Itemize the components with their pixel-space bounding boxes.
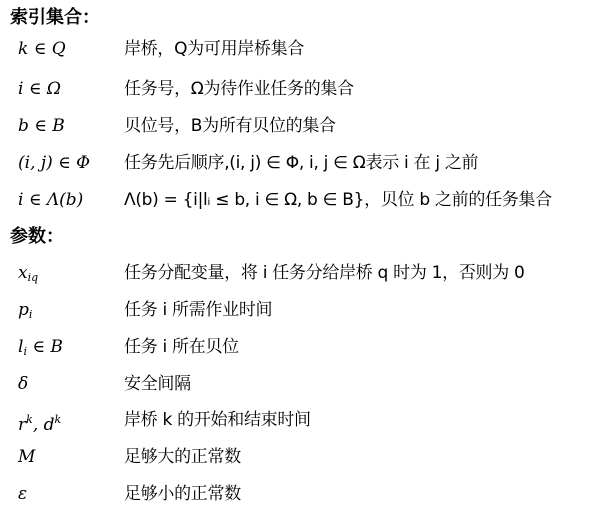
definition-row-ij: (i, j) ∈ Φ 任务先后顺序,(i, j) ∈ Φ, i, j ∈ Ω表示…: [0, 148, 600, 178]
symbol: δ: [18, 369, 28, 399]
symbol: li ∈ B: [18, 332, 63, 367]
symbol: pi: [18, 295, 32, 330]
symbol: M: [18, 442, 35, 472]
description: 贝位号，B为所有贝位的集合: [124, 111, 336, 141]
description: 任务 i 所在贝位: [124, 332, 239, 362]
definition-row-x: xiq 任务分配变量，将 i 任务分给岸桥 q 时为 1，否则为 0: [0, 258, 600, 288]
symbol: i ∈ Λ(b): [18, 185, 83, 215]
symbol: k ∈ Q: [18, 34, 66, 64]
definition-row-delta: δ 安全间隔: [0, 369, 600, 399]
description: 足够小的正常数: [124, 479, 241, 509]
definition-row-lambda: i ∈ Λ(b) Λ(b) = {i|lᵢ ≤ b, i ∈ Ω, b ∈ B}…: [0, 185, 600, 215]
section-title-parameters: 参数：: [10, 226, 64, 248]
definition-row-epsilon: ε 足够小的正常数: [0, 479, 600, 509]
section-title-index-sets: 索引集合：: [10, 7, 100, 29]
description: 岸桥，Q为可用岸桥集合: [124, 34, 304, 64]
symbol: ε: [18, 479, 27, 509]
description: 任务 i 所需作业时间: [124, 295, 272, 325]
definition-row-r-d: rk, dk 岸桥 k 的开始和结束时间: [0, 405, 600, 435]
definition-row-m: M 足够大的正常数: [0, 442, 600, 472]
definition-row-p: pi 任务 i 所需作业时间: [0, 295, 600, 325]
description: Λ(b) = {i|lᵢ ≤ b, i ∈ Ω, b ∈ B}，贝位 b 之前的…: [124, 185, 552, 215]
description: 任务先后顺序,(i, j) ∈ Φ, i, j ∈ Ω表示 i 在 j 之前: [124, 148, 478, 178]
description: 任务号，Ω为待作业任务的集合: [124, 74, 354, 104]
symbol: rk, dk: [18, 405, 61, 440]
description: 岸桥 k 的开始和结束时间: [124, 405, 311, 435]
definition-row-b: b ∈ B 贝位号，B为所有贝位的集合: [0, 111, 600, 141]
definition-row-i: i ∈ Ω 任务号，Ω为待作业任务的集合: [0, 74, 600, 104]
symbol: b ∈ B: [18, 111, 65, 141]
description: 安全间隔: [124, 369, 191, 399]
definition-row-l: li ∈ B 任务 i 所在贝位: [0, 332, 600, 362]
description: 足够大的正常数: [124, 442, 241, 472]
symbol: i ∈ Ω: [18, 74, 61, 104]
description: 任务分配变量，将 i 任务分给岸桥 q 时为 1，否则为 0: [124, 258, 525, 288]
symbol: (i, j) ∈ Φ: [18, 148, 90, 178]
definition-row-k: k ∈ Q 岸桥，Q为可用岸桥集合: [0, 34, 600, 64]
symbol: xiq: [18, 258, 38, 293]
